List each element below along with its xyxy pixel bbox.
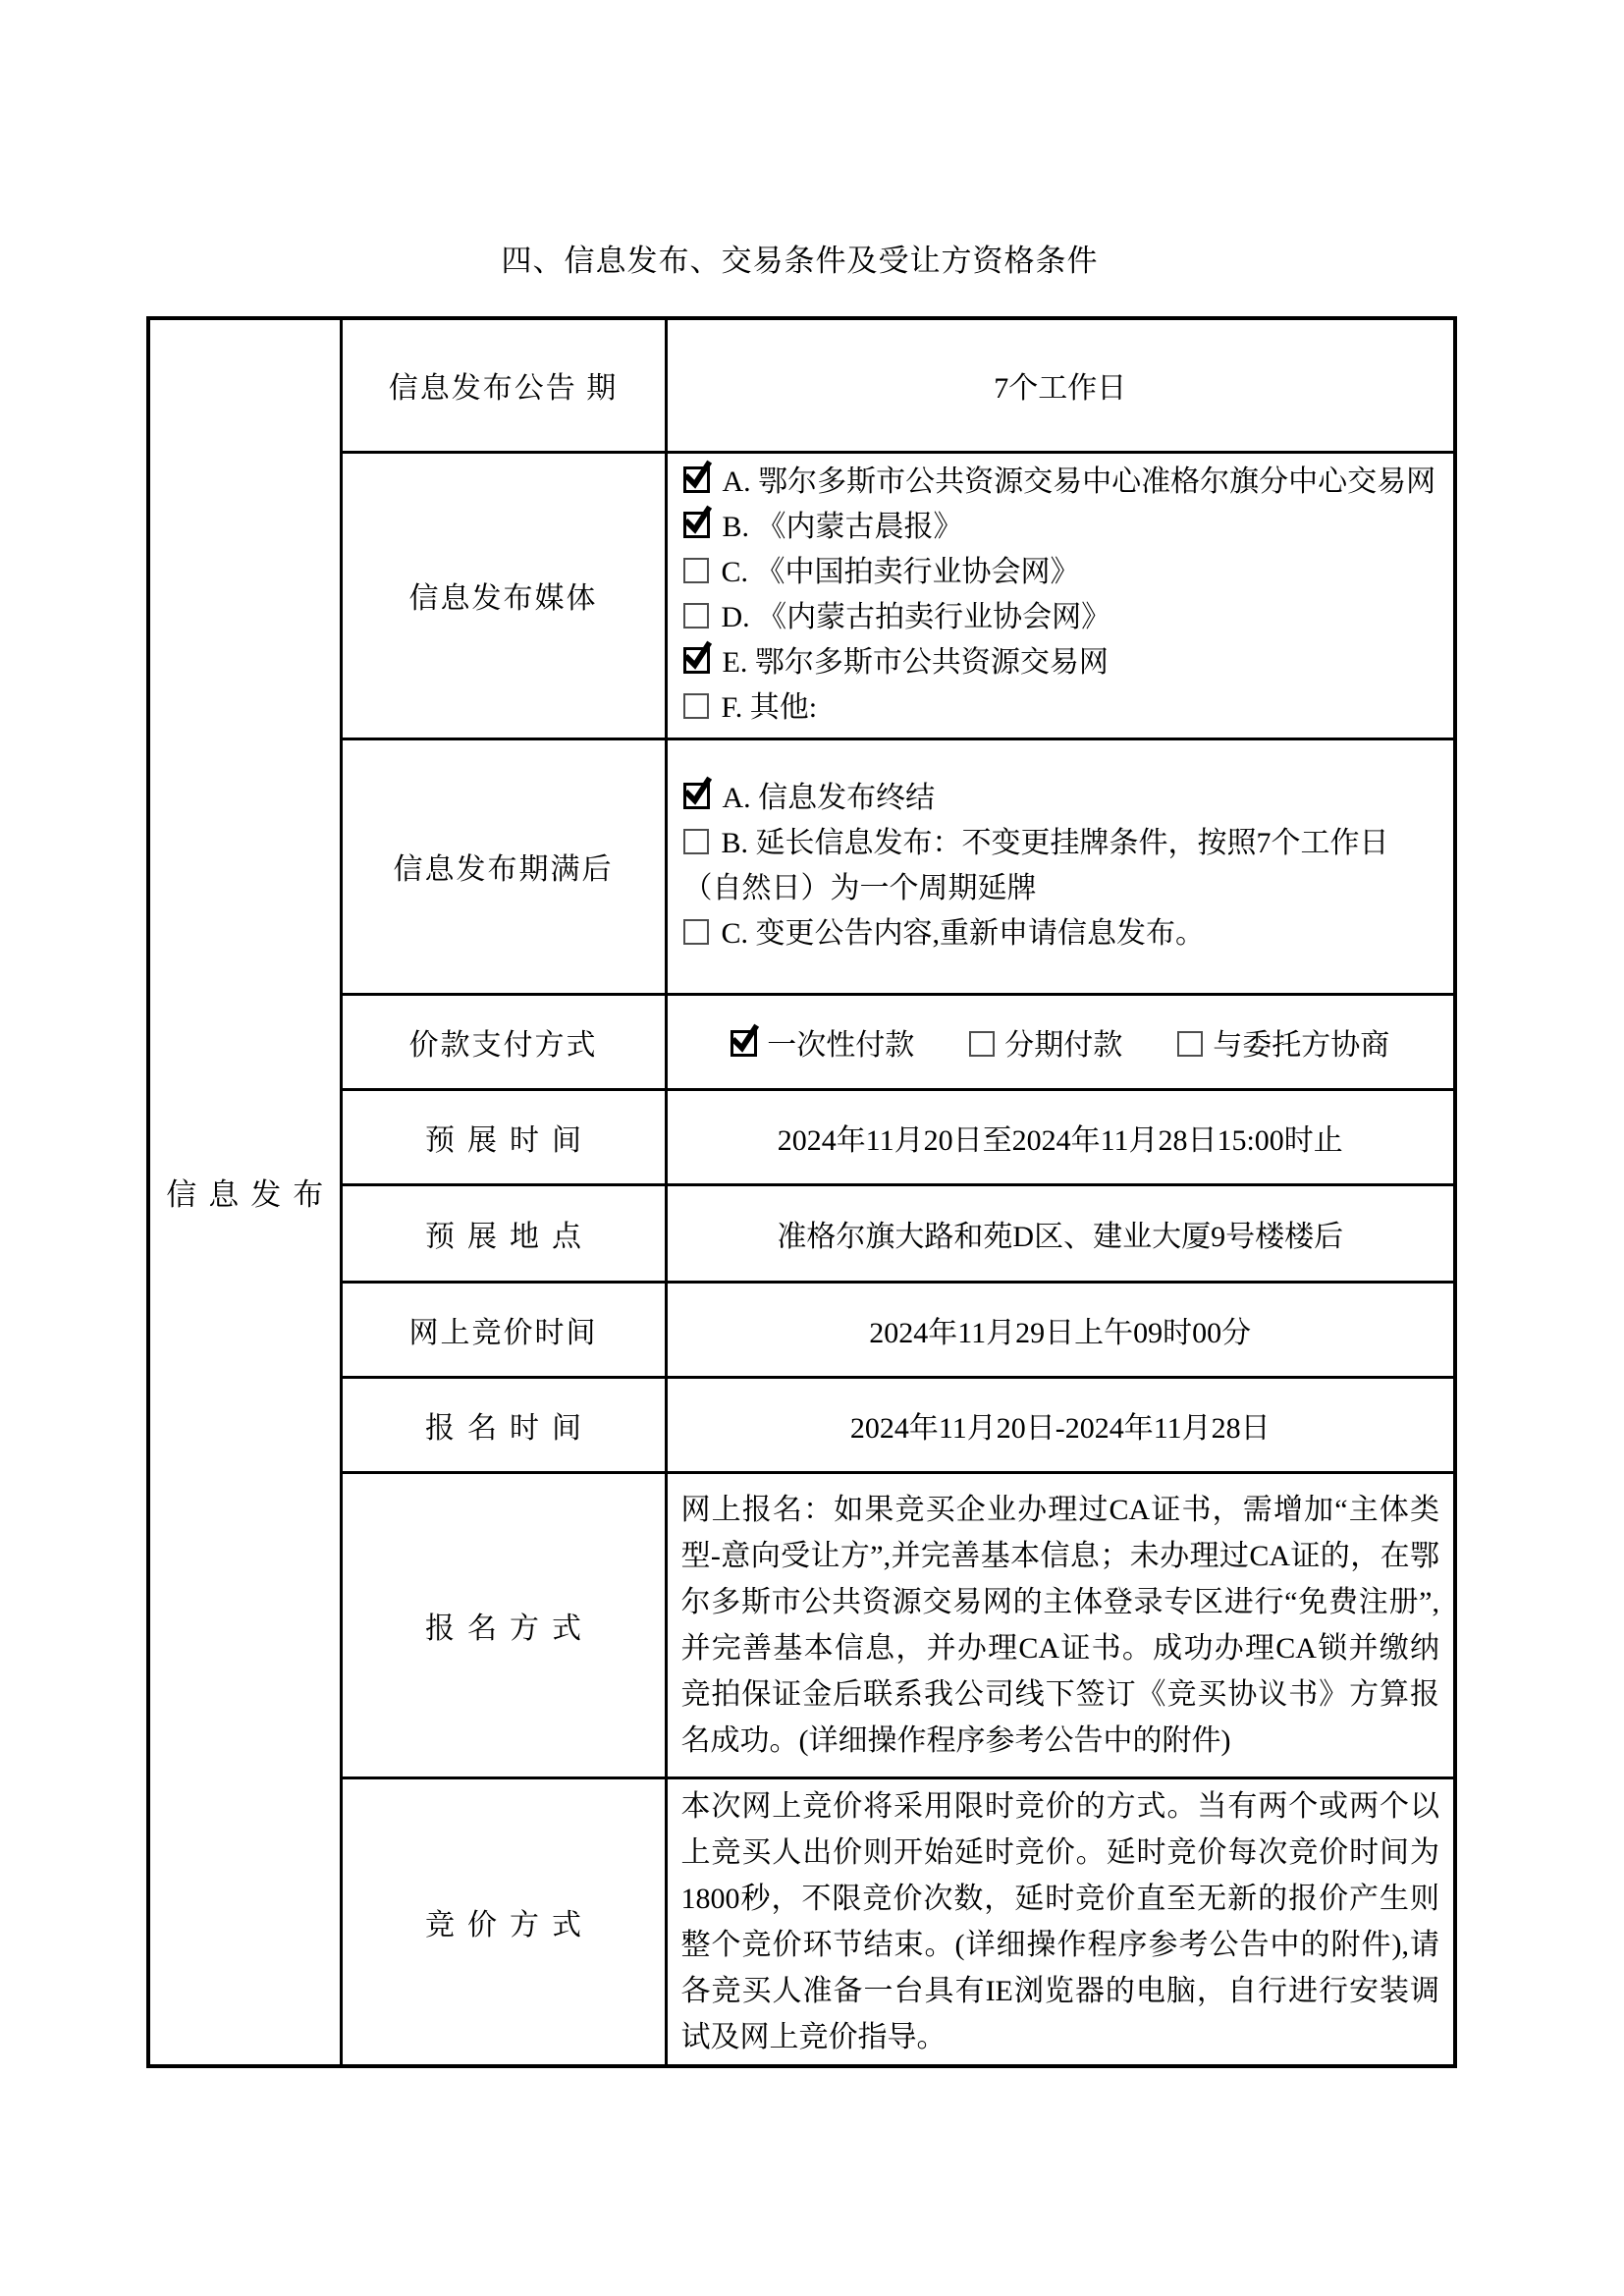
checkbox-option: D. 《内蒙古拍卖行业协会网》 [683, 595, 1438, 640]
row-paragraph: 本次网上竞价将采用限时竞价的方式。当有两个或两个以上竞买人出价则开始延时竞价。延… [668, 1779, 1454, 2064]
checked-checkbox-icon [683, 783, 710, 809]
unchecked-checkbox-icon [683, 603, 709, 629]
row-label-cell: 信息发布公告 期 [341, 318, 666, 452]
row-value-cell: 一次性付款分期付款与委托方协商 [666, 994, 1455, 1089]
checkbox-option: A. 信息发布终结 [683, 776, 1438, 821]
row-value-cell: 2024年11月20日-2024年11月28日 [666, 1377, 1455, 1472]
row-label: 预展时间 [425, 1124, 594, 1157]
checkbox-option: C. 《中国拍卖行业协会网》 [683, 550, 1438, 595]
checkbox-option: 一次性付款 [731, 1020, 914, 1064]
checkbox-list: A. 信息发布终结B. 延长信息发布：不变更挂牌条件，按照7个工作日（自然日）为… [668, 770, 1454, 962]
row-value-cell: 准格尔旗大路和苑D区、建业大厦9号楼楼后 [666, 1184, 1455, 1282]
checked-checkbox-icon [683, 466, 710, 493]
row-label: 报名方式 [425, 1613, 594, 1645]
table-row: 网上竞价时间2024年11月29日上午09时00分 [148, 1282, 1455, 1377]
checked-checkbox-icon [683, 647, 710, 674]
row-label-cell: 网上竞价时间 [341, 1282, 666, 1377]
checkbox-option: F. 其他: [683, 685, 1438, 731]
row-label: 价款支付方式 [409, 1029, 598, 1062]
checkbox-option-label: F. 其他: [722, 691, 818, 724]
row-value: 2024年11月29日上午09时00分 [869, 1317, 1251, 1349]
checked-checkbox-icon [731, 1030, 757, 1057]
row-value-cell: 7个工作日 [666, 318, 1455, 452]
checkbox-inline-group: 一次性付款分期付款与委托方协商 [668, 1020, 1454, 1064]
checkbox-option-label: C. 《中国拍卖行业协会网》 [722, 556, 1080, 588]
checkbox-option-label: B. 《内蒙古晨报》 [723, 511, 963, 543]
checked-checkbox-icon [683, 512, 710, 538]
row-paragraph: 网上报名：如果竞买企业办理过CA证书，需增加“主体类型-意向受让方”,并完善基本… [668, 1483, 1454, 1768]
table-row: 报名方式网上报名：如果竞买企业办理过CA证书，需增加“主体类型-意向受让方”,并… [148, 1472, 1455, 1777]
info-table: 信息发布信息发布公告 期7个工作日信息发布媒体A. 鄂尔多斯市公共资源交易中心准… [146, 316, 1457, 2068]
row-value-cell: A. 信息发布终结B. 延长信息发布：不变更挂牌条件，按照7个工作日（自然日）为… [666, 738, 1455, 994]
row-label-cell: 竞价方式 [341, 1777, 666, 2066]
table-row: 报名时间2024年11月20日-2024年11月28日 [148, 1377, 1455, 1472]
checkbox-option: A. 鄂尔多斯市公共资源交易中心准格尔旗分中心交易网 [683, 460, 1438, 505]
checkbox-option-label: E. 鄂尔多斯市公共资源交易网 [723, 646, 1109, 679]
table-row: 信息发布期满后A. 信息发布终结B. 延长信息发布：不变更挂牌条件，按照7个工作… [148, 738, 1455, 994]
checkbox-option: 分期付款 [969, 1020, 1122, 1064]
row-label: 网上竞价时间 [409, 1317, 598, 1349]
unchecked-checkbox-icon [969, 1031, 995, 1057]
checkbox-option: B. 《内蒙古晨报》 [683, 505, 1438, 550]
row-label-cell: 预展地点 [341, 1184, 666, 1282]
checkbox-option: B. 延长信息发布：不变更挂牌条件，按照7个工作日（自然日）为一个周期延牌 [683, 821, 1438, 911]
checkbox-option: C. 变更公告内容,重新申请信息发布。 [683, 911, 1438, 957]
row-value: 7个工作日 [994, 372, 1126, 405]
row-label-cell: 信息发布期满后 [341, 738, 666, 994]
row-label-cell: 价款支付方式 [341, 994, 666, 1089]
checkbox-option: 与委托方协商 [1177, 1020, 1389, 1064]
table-row: 信息发布信息发布公告 期7个工作日 [148, 318, 1455, 452]
row-label-cell: 信息发布媒体 [341, 452, 666, 738]
table-row: 竞价方式本次网上竞价将采用限时竞价的方式。当有两个或两个以上竞买人出价则开始延时… [148, 1777, 1455, 2066]
info-table-body: 信息发布信息发布公告 期7个工作日信息发布媒体A. 鄂尔多斯市公共资源交易中心准… [148, 318, 1455, 2066]
checkbox-option-label: A. 鄂尔多斯市公共资源交易中心准格尔旗分中心交易网 [723, 465, 1436, 498]
row-label-cell: 报名时间 [341, 1377, 666, 1472]
checkbox-option-label: B. 延长信息发布：不变更挂牌条件，按照7个工作日（自然日）为一个周期延牌 [683, 827, 1389, 904]
row-value-cell: 2024年11月29日上午09时00分 [666, 1282, 1455, 1377]
row-label: 信息发布期满后 [394, 853, 614, 886]
row-value: 准格尔旗大路和苑D区、建业大厦9号楼楼后 [777, 1221, 1343, 1253]
unchecked-checkbox-icon [1177, 1031, 1203, 1057]
row-value-cell: A. 鄂尔多斯市公共资源交易中心准格尔旗分中心交易网B. 《内蒙古晨报》C. 《… [666, 452, 1455, 738]
checkbox-option-label: 分期付款 [1004, 1029, 1122, 1062]
checkbox-option-label: 一次性付款 [767, 1029, 914, 1062]
unchecked-checkbox-icon [683, 829, 709, 854]
row-value-cell: 2024年11月20日至2024年11月28日15:00时止 [666, 1089, 1455, 1184]
checkbox-option-label: C. 变更公告内容,重新申请信息发布。 [722, 917, 1206, 950]
unchecked-checkbox-icon [683, 919, 709, 945]
row-label: 预展地点 [425, 1221, 594, 1253]
row-value: 2024年11月20日至2024年11月28日15:00时止 [778, 1124, 1343, 1157]
unchecked-checkbox-icon [683, 693, 709, 719]
checkbox-option: E. 鄂尔多斯市公共资源交易网 [683, 640, 1438, 685]
page-title: 四、信息发布、交易条件及受让方资格条件 [146, 236, 1453, 280]
checkbox-list: A. 鄂尔多斯市公共资源交易中心准格尔旗分中心交易网B. 《内蒙古晨报》C. 《… [668, 454, 1454, 737]
unchecked-checkbox-icon [683, 558, 709, 583]
document-page: 四、信息发布、交易条件及受让方资格条件 信息发布信息发布公告 期7个工作日信息发… [0, 0, 1624, 2296]
row-label: 报名时间 [425, 1412, 594, 1445]
table-row: 预展时间2024年11月20日至2024年11月28日15:00时止 [148, 1089, 1455, 1184]
table-row: 预展地点准格尔旗大路和苑D区、建业大厦9号楼楼后 [148, 1184, 1455, 1282]
row-label-cell: 报名方式 [341, 1472, 666, 1777]
row-label: 竞价方式 [425, 1909, 594, 1941]
row-label: 信息发布媒体 [409, 582, 598, 615]
checkbox-option-label: 与委托方协商 [1213, 1029, 1389, 1062]
table-row: 信息发布媒体A. 鄂尔多斯市公共资源交易中心准格尔旗分中心交易网B. 《内蒙古晨… [148, 452, 1455, 738]
group-cell-info-release: 信息发布 [148, 318, 341, 2066]
row-value: 2024年11月20日-2024年11月28日 [850, 1412, 1271, 1445]
row-label: 信息发布公告 期 [389, 372, 619, 405]
table-row: 价款支付方式一次性付款分期付款与委托方协商 [148, 994, 1455, 1089]
checkbox-option-label: A. 信息发布终结 [723, 782, 936, 814]
group-label: 信息发布 [166, 1177, 335, 1212]
checkbox-option-label: D. 《内蒙古拍卖行业协会网》 [722, 601, 1111, 633]
row-value-cell: 本次网上竞价将采用限时竞价的方式。当有两个或两个以上竞买人出价则开始延时竞价。延… [666, 1777, 1455, 2066]
row-value-cell: 网上报名：如果竞买企业办理过CA证书，需增加“主体类型-意向受让方”,并完善基本… [666, 1472, 1455, 1777]
row-label-cell: 预展时间 [341, 1089, 666, 1184]
